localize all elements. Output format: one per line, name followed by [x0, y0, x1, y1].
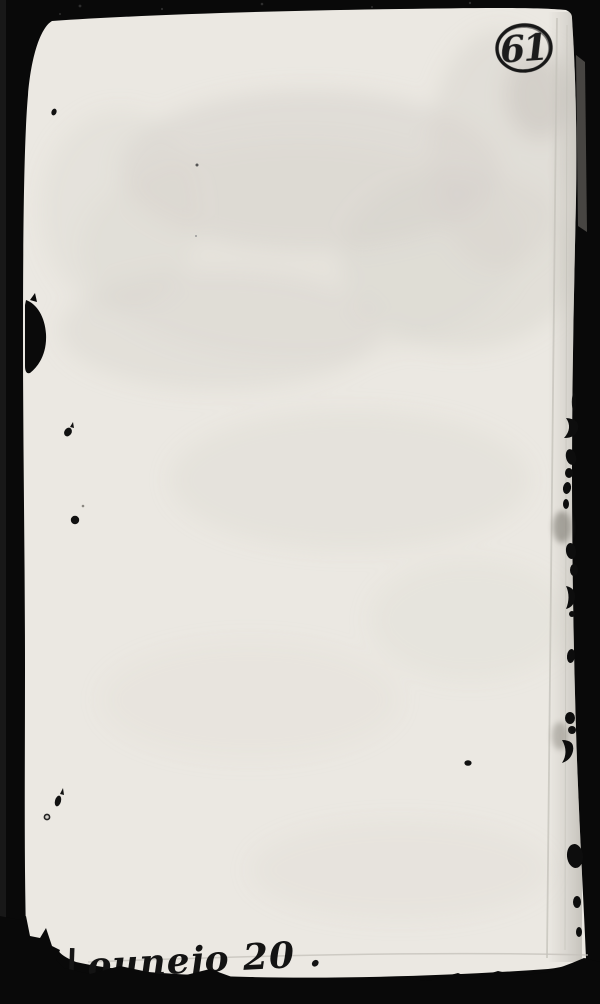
page-number-annotation: 61 [499, 27, 548, 72]
document-scan: 61 ounejo 20 . [0, 0, 600, 1004]
ink-speck-faint [196, 164, 199, 167]
scanner-edge-strip [0, 0, 6, 1004]
ink-speck [71, 516, 79, 524]
ink-speck [464, 760, 471, 766]
page-number-annotation-group: 61 [495, 23, 552, 73]
ink-speck-faint [195, 235, 197, 237]
ink-speck-faint [82, 505, 85, 508]
ink-speck-ring [44, 814, 49, 819]
